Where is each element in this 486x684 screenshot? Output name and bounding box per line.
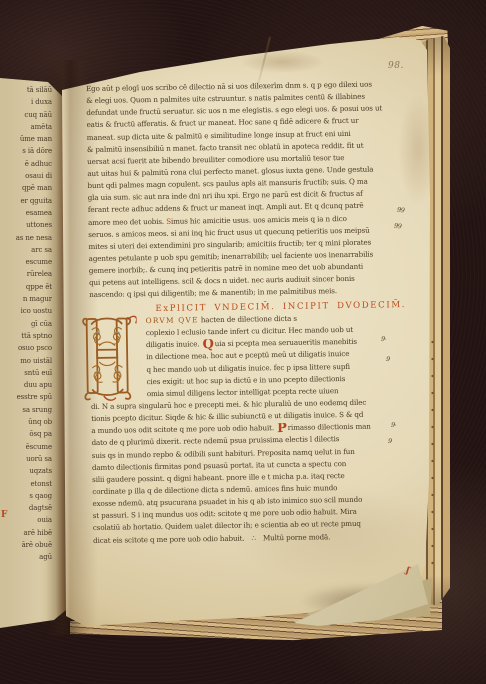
- margin-mark: 9·: [390, 421, 396, 430]
- margin-mark: 9: [385, 355, 390, 363]
- manuscript-photo: { "page": { "folio_number": "98.", "desc…: [0, 0, 486, 684]
- margin-mark: 99: [396, 206, 404, 215]
- margin-mark: 9: [387, 437, 392, 445]
- pricking-holes: [431, 340, 434, 566]
- text-beside-initial: ORVM QVE hacten de dilectione dicta scop…: [146, 312, 403, 401]
- decorated-initial-H: [80, 309, 138, 406]
- text-column-upper: Ego aūt p elogī uos scribo cē dilectio n…: [86, 79, 399, 302]
- margin-mark: 9·: [380, 335, 386, 344]
- margin-mark: 99: [393, 222, 401, 231]
- text-column-lower: di. N a supra singularū hoc e precepti m…: [91, 397, 405, 548]
